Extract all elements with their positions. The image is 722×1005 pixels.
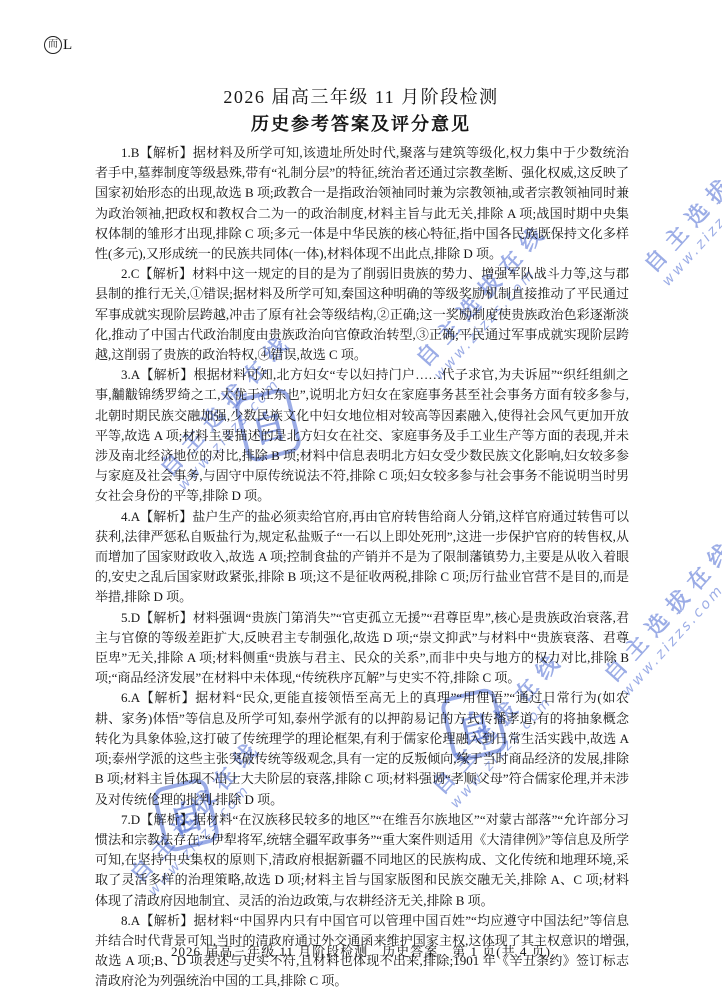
answer-item-3: 3.A【解析】根据材料可知,北方妇女“专以妇持门户……代子求官,为夫诉屈”“织纴… [95, 365, 629, 506]
watermark-stamp: 自主选拔在线 www.zizzs.com [636, 120, 722, 290]
answer-key-subtitle: 历史参考答案及评分意见 [0, 110, 722, 136]
corner-mark-suffix: L [63, 37, 72, 54]
answer-item-6: 6.A【解析】据材料“民众,更能直接领悟至高无上的真理”“用俚语”“通过日常行为… [95, 688, 629, 809]
answer-item-1: 1.B【解析】据材料及所学可知,该遗址所处时代,聚落与建筑等级化,权力集中于少数… [95, 143, 629, 264]
exam-title: 2026 届高三年级 11 月阶段检测 [0, 83, 722, 109]
circled-character-icon: 而 [44, 36, 62, 54]
watermark-text-url: www.zizzs.com [619, 551, 722, 700]
watermark-text-url: www.zizzs.com [659, 141, 722, 290]
answer-item-2: 2.C【解析】材料中这一规定的目的是为了削弱旧贵族的势力、增强军队战斗力等,这与… [95, 264, 629, 365]
answer-item-4: 4.A【解析】盐户生产的盐必须卖给官府,再由官府转售给商人分销,这样官府通过转售… [95, 507, 629, 608]
page-footer: 2026 届高三年级 11 月阶段检测 历史答案 第 1 页(共 4 页) [0, 941, 722, 960]
watermark-text-cn: 自主选拔在线 [636, 120, 722, 279]
answer-item-5: 5.D【解析】材料强调“贵族门第消失”“官吏孤立无援”“君尊臣卑”,核心是贵族政… [95, 608, 629, 689]
corner-publisher-mark: 而L [44, 36, 72, 54]
answer-sheet-page: 自主选拔在线 www.zizzs.com 自主选拔在线 www.zizzs.co… [0, 0, 722, 1005]
answer-item-7: 7.D【解析】据材料“在汉族移民较多的地区”“在维吾尔族地区”“对蒙古部落”“允… [95, 810, 629, 911]
answer-explanations: 1.B【解析】据材料及所学可知,该遗址所处时代,聚落与建筑等级化,权力集中于少数… [95, 143, 629, 992]
